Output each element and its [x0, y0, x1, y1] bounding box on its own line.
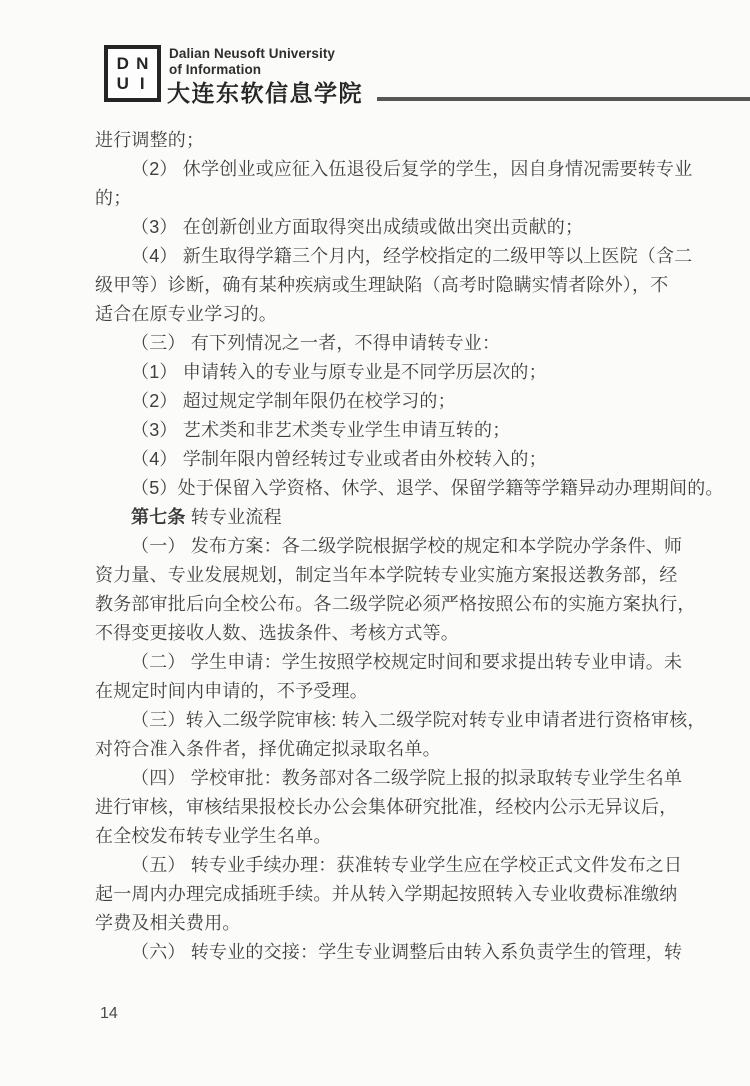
text-line: 级甲等）诊断，确有某种疾病或生理缺陷（高考时隐瞒实情者除外），不	[95, 271, 703, 300]
text-line: （四） 学校审批：教务部对各二级学院上报的拟录取转专业学生名单	[95, 764, 703, 793]
university-name-en-line1: Dalian Neusoft University	[169, 46, 335, 62]
text-line: 资力量、专业发展规划，制定当年本学院转专业实施方案报送教务部，经	[95, 561, 703, 590]
text-line: （五） 转专业手续办理：获准转专业学生应在学校正式文件发布之日	[95, 851, 703, 880]
document-page: D N U I Dalian Neusoft University of Inf…	[0, 0, 750, 1086]
text-line: 在规定时间内申请的，不予受理。	[95, 677, 703, 706]
text-line: （4） 学制年限内曾经转过专业或者由外校转入的；	[95, 445, 703, 474]
text-line: （3） 艺术类和非艺术类专业学生申请互转的；	[95, 416, 703, 445]
text-line: 教务部审批后向全校公布。各二级学院必须严格按照公布的实施方案执行，	[95, 590, 703, 619]
text-line: （六） 转专业的交接：学生专业调整后由转入系负责学生的管理，转	[95, 938, 703, 967]
text-line: 进行调整的；	[95, 126, 703, 155]
text-line: 第七条 转专业流程	[95, 503, 703, 532]
text-line: （3） 在创新创业方面取得突出成绩或做出突出贡献的；	[95, 213, 703, 242]
text-line: （三）转入二级学院审核: 转入二级学院对转专业申请者进行资格审核，	[95, 706, 703, 735]
text-line: 进行审核，审核结果报校长办公会集体研究批准，经校内公示无异议后，	[95, 793, 703, 822]
logo-letter-u: U	[117, 75, 129, 92]
text-line: （2） 超过规定学制年限仍在校学习的；	[95, 387, 703, 416]
text-line: （4） 新生取得学籍三个月内，经学校指定的二级甲等以上医院（含二	[95, 242, 703, 271]
university-name-cn: 大连东软信息学院	[167, 75, 363, 108]
text-line: 对符合准入条件者，择优确定拟录取名单。	[95, 735, 703, 764]
logo-letter-n: N	[136, 55, 148, 72]
logo-letter-i: I	[140, 75, 145, 92]
text-line: （1） 申请转入的专业与原专业是不同学历层次的；	[95, 358, 703, 387]
dnui-logo: D N U I	[104, 45, 161, 102]
text-line: 适合在原专业学习的。	[95, 300, 703, 329]
text-line: 在全校发布转专业学生名单。	[95, 822, 703, 851]
text-line: 起一周内办理完成插班手续。并从转入学期起按照转入专业收费标准缴纳	[95, 880, 703, 909]
text-line: 的；	[95, 184, 703, 213]
university-name-en: Dalian Neusoft University of Information	[169, 46, 335, 78]
header-rule	[377, 97, 750, 101]
text-line: （三） 有下列情况之一者，不得申请转专业：	[95, 329, 703, 358]
text-line: 不得变更接收人数、选拔条件、考核方式等。	[95, 619, 703, 648]
text-line: （5）处于保留入学资格、休学、退学、保留学籍等学籍异动办理期间的。	[95, 474, 703, 503]
text-line: 学费及相关费用。	[95, 909, 703, 938]
text-line: （二） 学生申请：学生按照学校规定时间和要求提出转专业申请。未	[95, 648, 703, 677]
text-line: （一） 发布方案：各二级学院根据学校的规定和本学院办学条件、师	[95, 532, 703, 561]
page-number: 14	[100, 1005, 118, 1023]
text-line: （2） 休学创业或应征入伍退役后复学的学生，因自身情况需要转专业	[95, 155, 703, 184]
document-body: 进行调整的；（2） 休学创业或应征入伍退役后复学的学生，因自身情况需要转专业的；…	[95, 126, 703, 967]
logo-letter-d: D	[117, 55, 129, 72]
